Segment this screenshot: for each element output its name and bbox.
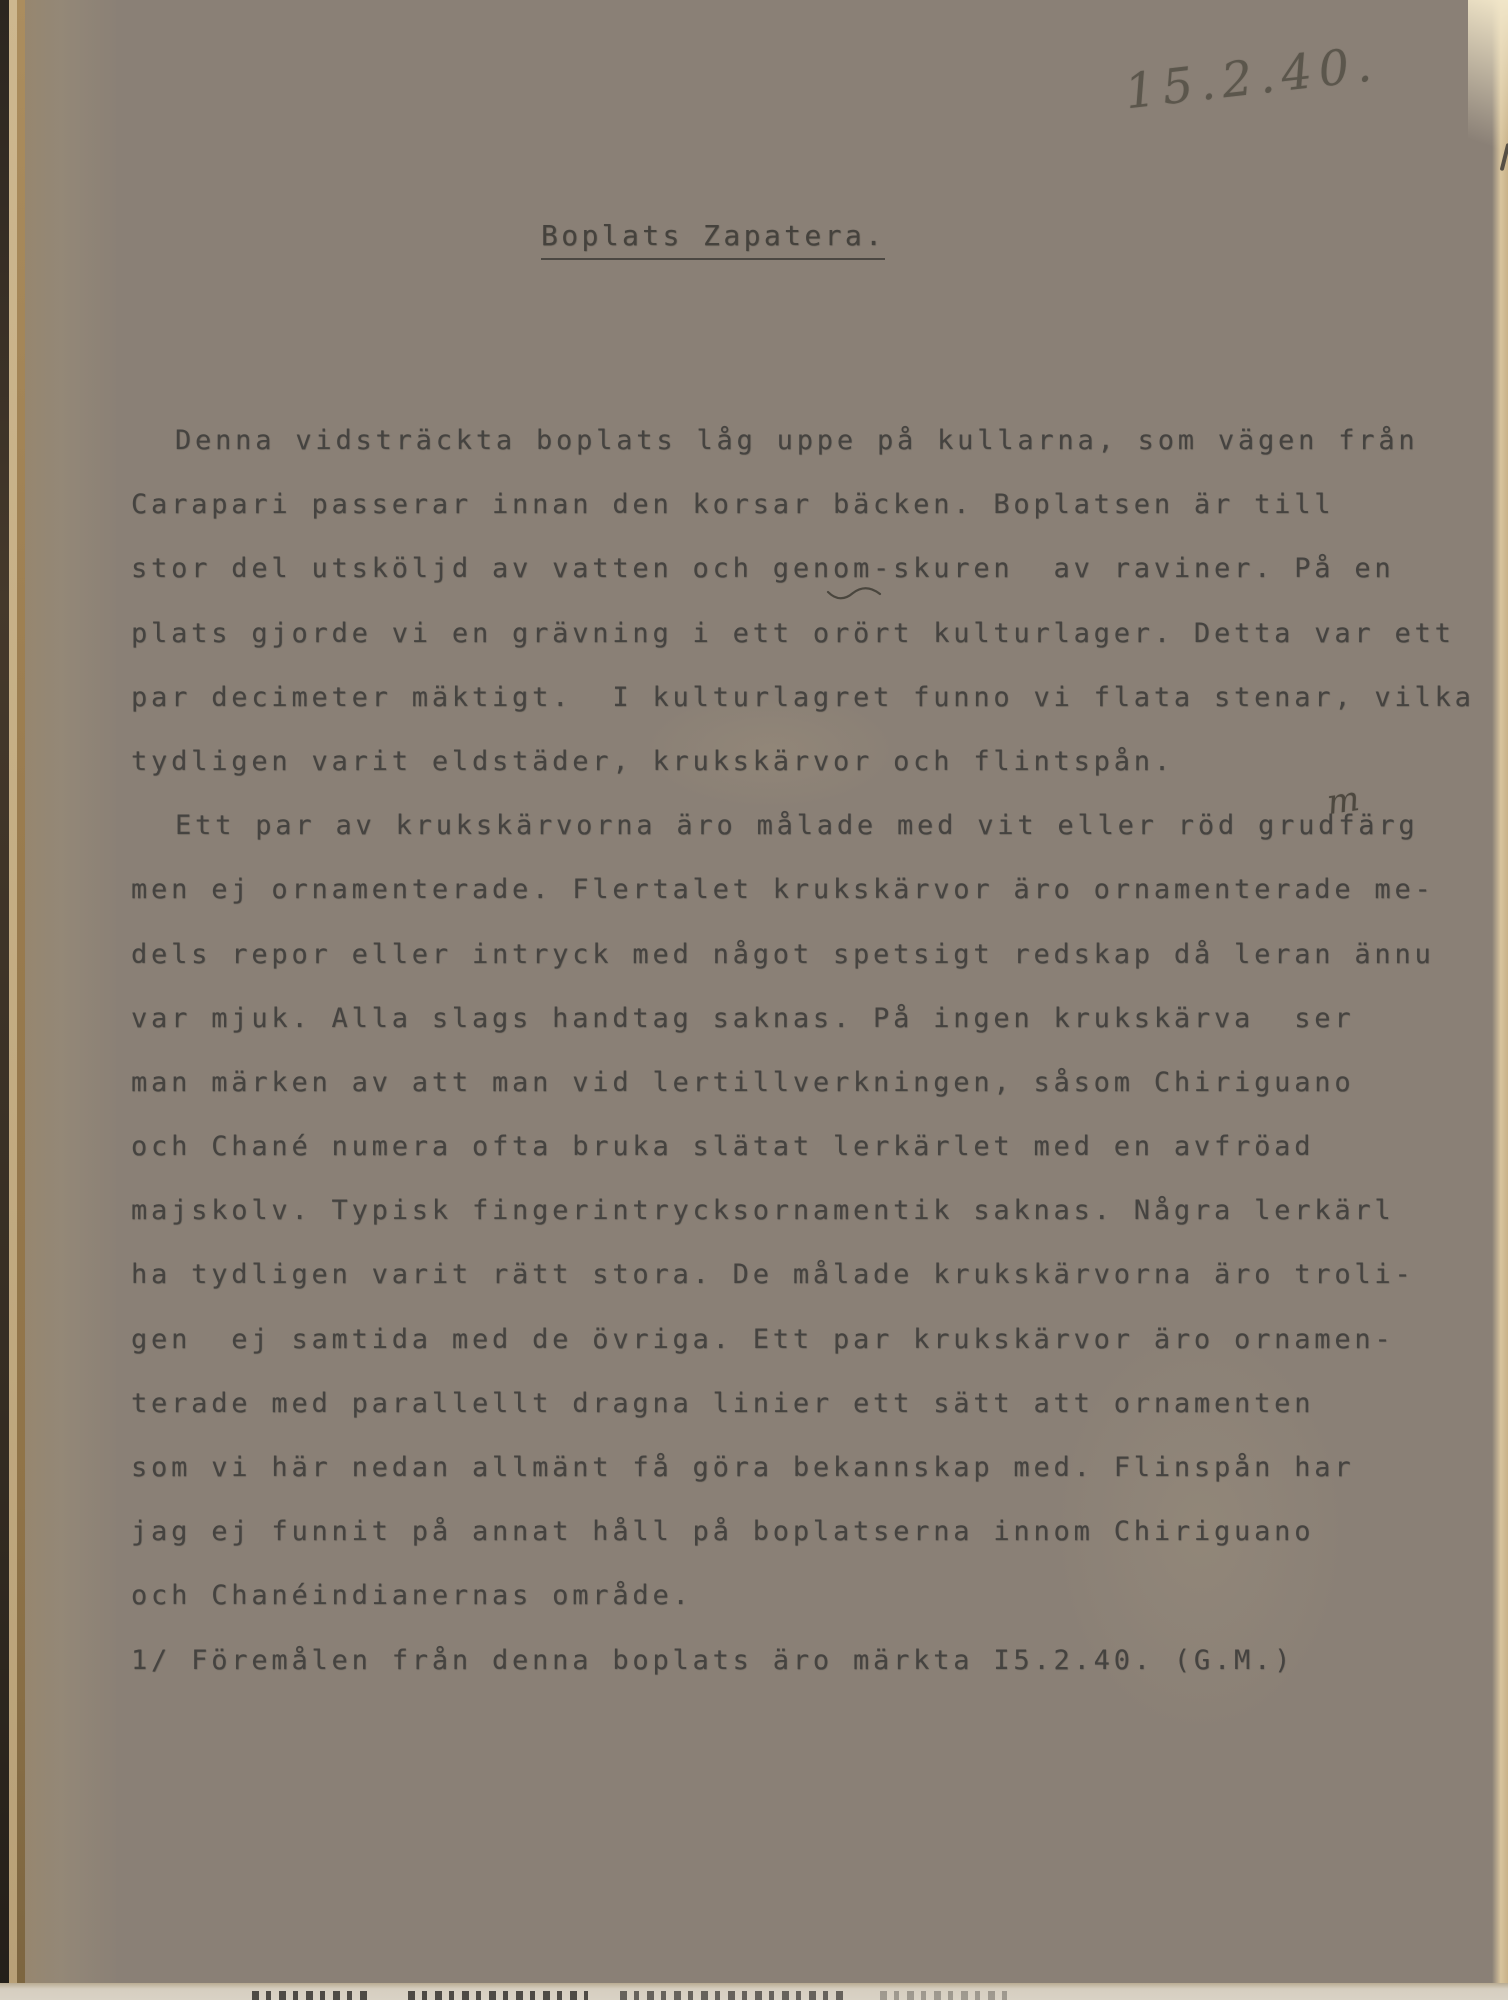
cutoff-text-fragment [880,1991,1010,2000]
text-line: Denna vidsträckta boplats låg uppe på ku… [131,409,1508,473]
text-line: Ett par av krukskärvorna äro målade med … [131,794,1508,858]
text-line: man märken av att man vid lertillverknin… [131,1051,1508,1115]
text-line: par decimeter mäktigt. I kulturlagret fu… [131,666,1508,730]
text-line: Carapari passerar innan den korsar bäcke… [131,473,1508,537]
binding-line [17,0,25,2000]
page-title: Boplats Zapatera. [541,219,885,260]
page-stack-edge [9,0,17,2000]
text-line: var mjuk. Alla slags handtag saknas. På … [131,987,1508,1051]
scanned-document-page: 15.2.40. Boplats Zapatera. Denna vidsträ… [0,0,1508,2000]
handwritten-insertion-mark: m [1324,779,1362,823]
text-line: terade med parallellt dragna linier ett … [131,1372,1508,1436]
underline-squiggle-icon [826,586,882,604]
cutoff-text-fragment [252,1991,372,2000]
text-line: 1/ Föremålen från denna boplats äro märk… [131,1629,1508,1693]
handwritten-date: 15.2.40. [1122,24,1490,154]
text-line: plats gjorde vi en grävning i ett orört … [131,602,1508,666]
cutoff-text-fragment [620,1991,850,2000]
text-line: och Chanéindianernas område. [131,1564,1508,1628]
text-line: tydligen varit eldstäder, krukskärvor oc… [131,730,1508,794]
text-line: dels repor eller intryck med något spets… [131,923,1508,987]
text-line: majskolv. Typisk fingerintrycksornamenti… [131,1179,1508,1243]
text-line: som vi här nedan allmänt få göra bekanns… [131,1436,1508,1500]
text-line: men ej ornamenterade. Flertalet krukskär… [131,858,1508,922]
text-line: ha tydligen varit rätt stora. De målade … [131,1243,1508,1307]
text-line: och Chané numera ofta bruka slätat lerkä… [131,1115,1508,1179]
text-line: gen ej samtida med de övriga. Ett par kr… [131,1308,1508,1372]
next-page-edge-strip [0,1983,1508,2000]
text-line: stor del utsköljd av vatten och genom-sk… [131,537,1508,601]
cutoff-text-fragment [408,1991,588,2000]
binding-shadow [25,0,120,2000]
text-line: jag ej funnit på annat håll på boplatser… [131,1500,1508,1564]
scan-left-dark-edge [0,0,9,2000]
body-text: Denna vidsträckta boplats låg uppe på ku… [131,409,1508,1693]
